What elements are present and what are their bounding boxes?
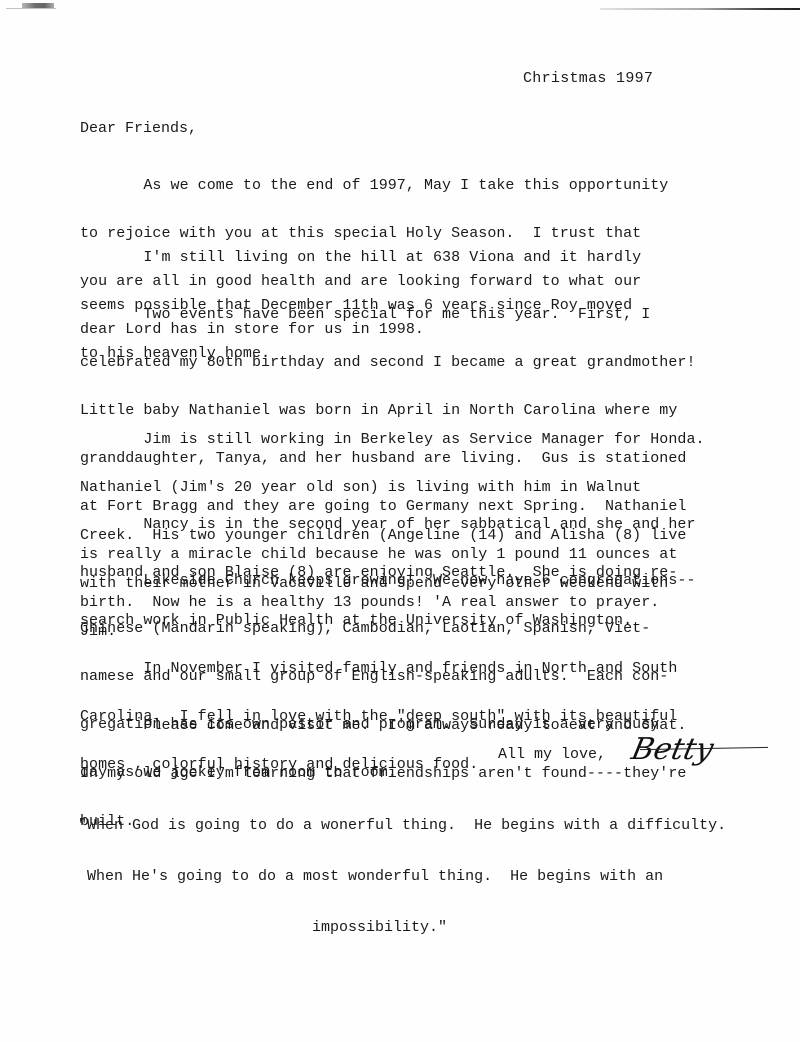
text-line: Nancy is in the second year of her sabba… [80,517,696,533]
scan-artifact [600,8,800,10]
letter-date: Christmas 1997 [523,70,653,87]
text-line: Jim is still working in Berkeley as Serv… [80,432,705,448]
closing: All my love, [498,746,606,763]
text-line: Two events have been special for me this… [80,307,696,323]
text-line: Please come and visit me. I'm always rea… [80,718,686,734]
scan-artifact [6,8,56,9]
salutation: Dear Friends, [80,120,197,137]
closing-quote: "When God is going to do a wonerful thin… [78,783,726,970]
text-line: Lakeside Church keeps growing! We now ha… [80,573,696,589]
text-line: In November I visited family and friends… [80,661,677,677]
quote-line: When He's going to do a most wonderful t… [78,868,726,885]
quote-line: "When God is going to do a wonerful thin… [78,817,726,834]
letter-page: Christmas 1997 Dear Friends, As we come … [0,0,800,1042]
quote-line: impossibility." [78,919,726,936]
text-line: I'm still living on the hill at 638 Vion… [80,250,641,266]
text-line: celebrated my 80th birthday and second I… [80,355,696,371]
text-line: As we come to the end of 1997, May I tak… [80,178,668,194]
text-line: In my old age I'm learning that friendsh… [80,766,686,782]
